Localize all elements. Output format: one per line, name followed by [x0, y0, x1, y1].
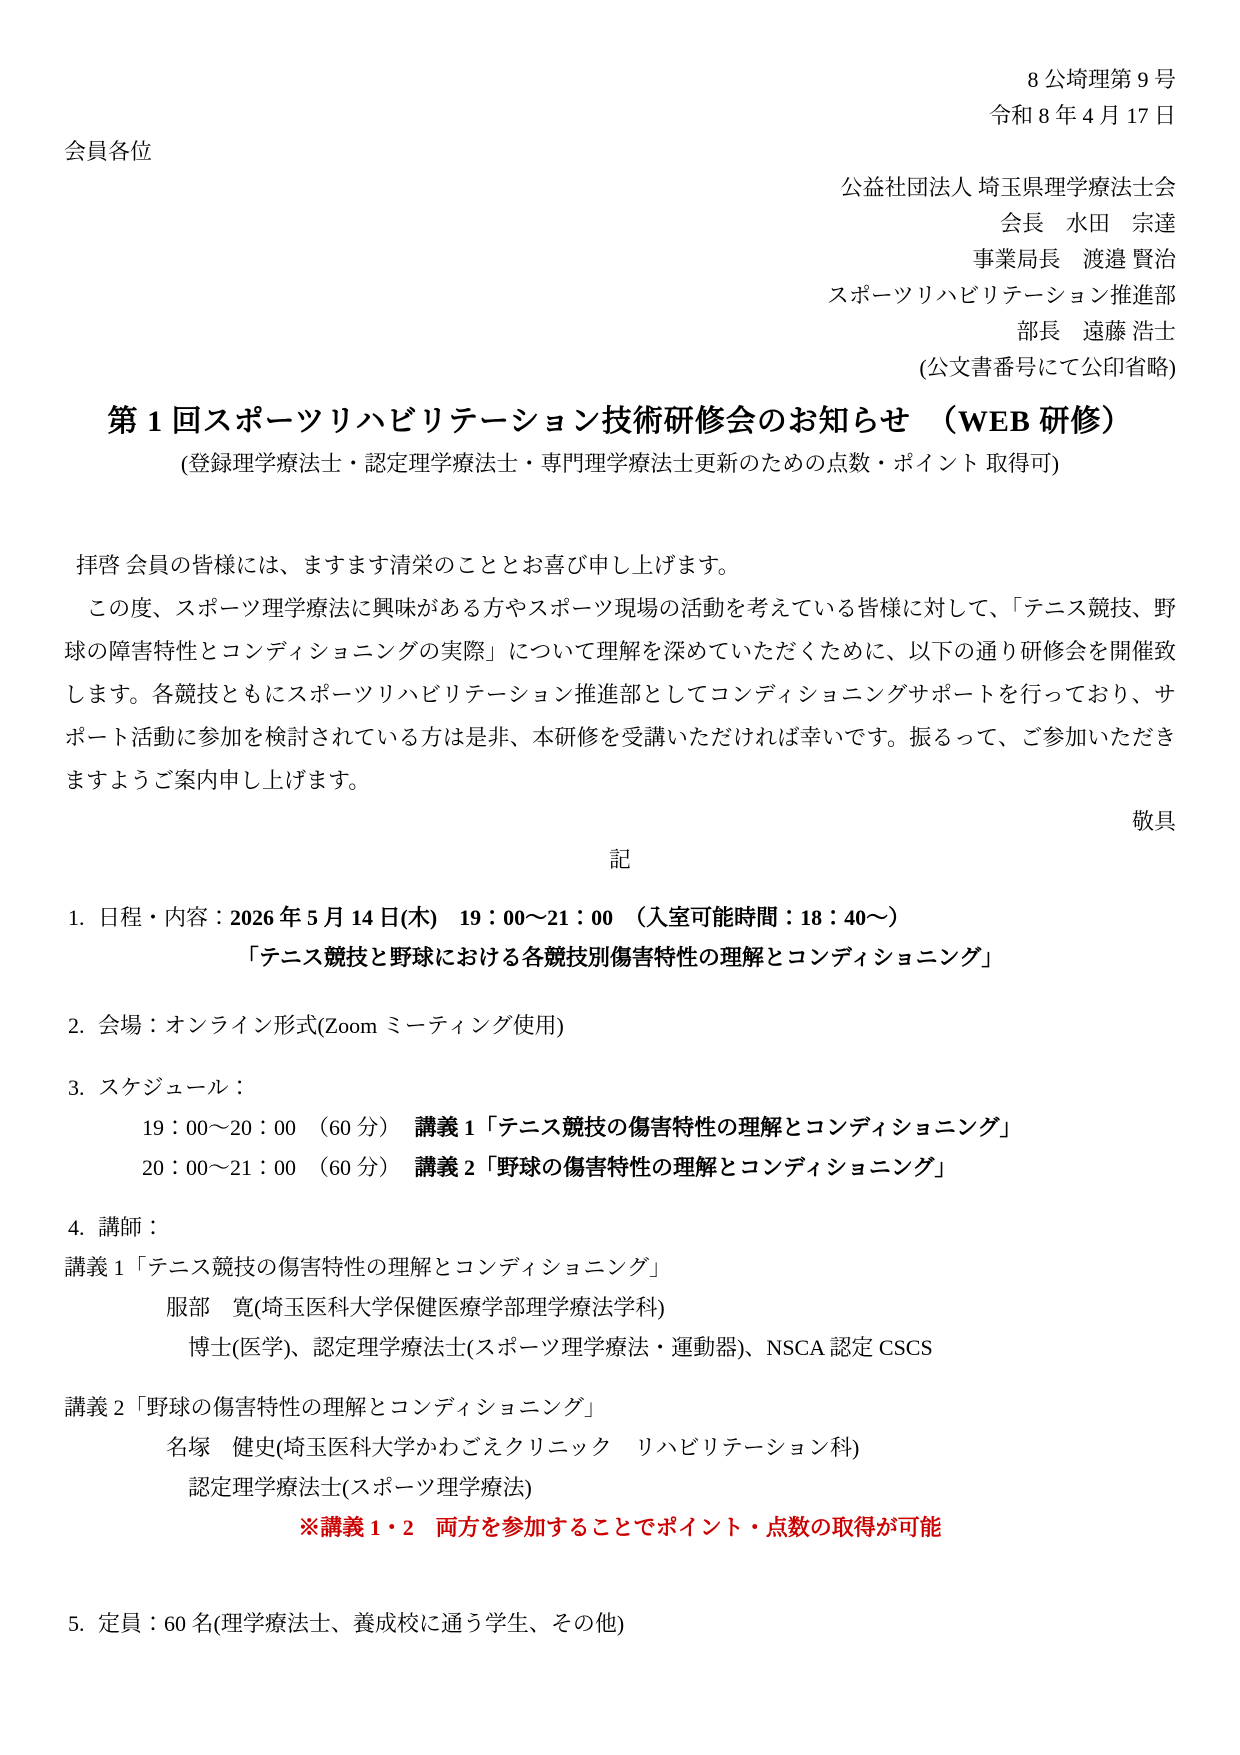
page-subtitle: (登録理学療法士・認定理学療法士・専門理学療法士更新のための点数・ポイント 取得… — [64, 444, 1176, 484]
sender-department: スポーツリハビリテーション推進部 — [64, 278, 1176, 314]
item-1-label: 日程・内容： — [98, 905, 230, 930]
sender-secretary-general: 事業局長 渡邉 賢治 — [64, 242, 1176, 278]
item-1-number: 1. — [64, 898, 98, 938]
sender-department-head: 部長 遠藤 浩士 — [64, 314, 1176, 350]
doc-number: 8 公埼理第 9 号 — [64, 62, 1176, 98]
schedule-row-1-time: 19：00～20：00 （60 分） — [142, 1115, 401, 1140]
document-page: 8 公埼理第 9 号 令和 8 年 4 月 17 日 会員各位 公益社団法人 埼… — [0, 0, 1240, 1755]
lecture-1-title: 講義 1「テニス競技の傷害特性の理解とコンディショニング」 — [64, 1248, 1176, 1288]
item-3-number: 3. — [64, 1068, 98, 1108]
points-note: ※講義 1・2 両方を参加することでポイント・点数の取得が可能 — [64, 1508, 1176, 1548]
item-5-capacity: 5. 定員：60 名(理学療法士、養成校に通う学生、その他) — [64, 1604, 1176, 1644]
seminar-theme: 「テニス競技と野球における各競技別傷害特性の理解とコンディショニング」 — [64, 938, 1176, 978]
item-2-label: 会場：オンライン形式(Zoom ミーティング使用) — [98, 1006, 1176, 1046]
lecture-1-qualifications: 博士(医学)、認定理学療法士(スポーツ理学療法・運動器)、NSCA 認定 CSC… — [64, 1328, 1176, 1368]
item-5-number: 5. — [64, 1604, 98, 1644]
item-4-lecturers: 4. 講師： — [64, 1208, 1176, 1248]
doc-date: 令和 8 年 4 月 17 日 — [64, 98, 1176, 134]
lecture-2-qualifications: 認定理学療法士(スポーツ理学療法) — [64, 1468, 1176, 1508]
lecture-2-block: 講義 2「野球の傷害特性の理解とコンディショニング」 名塚 健史(埼玉医科大学か… — [64, 1388, 1176, 1508]
item-2-venue: 2. 会場：オンライン形式(Zoom ミーティング使用) — [64, 1006, 1176, 1046]
sender-organization: 公益社団法人 埼玉県理学療法士会 — [64, 170, 1176, 206]
schedule-row-2-title: 講義 2「野球の傷害特性の理解とコンディショニング」 — [415, 1155, 957, 1180]
item-1-schedule-date: 1. 日程・内容：2026 年 5 月 14 日(木) 19：00～21：00 … — [64, 898, 1176, 938]
schedule-row-2-time: 20：00～21：00 （60 分） — [142, 1155, 401, 1180]
item-3-schedule: 3. スケジュール： — [64, 1068, 1176, 1108]
item-1-content: 日程・内容：2026 年 5 月 14 日(木) 19：00～21：00 （入室… — [98, 898, 1176, 938]
schedule-row-1-title: 講義 1「テニス競技の傷害特性の理解とコンディショニング」 — [415, 1115, 1022, 1140]
sender-president: 会長 水田 宗達 — [64, 206, 1176, 242]
item-4-number: 4. — [64, 1208, 98, 1248]
recipient: 会員各位 — [64, 134, 1176, 170]
item-5-label: 定員：60 名(理学療法士、養成校に通う学生、その他) — [98, 1604, 1176, 1644]
schedule-row: 19：00～20：00 （60 分）講義 1「テニス競技の傷害特性の理解とコンデ… — [64, 1108, 1176, 1148]
body-paragraph: この度、スポーツ理学療法に興味がある方やスポーツ現場の活動を考えている皆様に対し… — [64, 587, 1176, 802]
greeting-line: 拝啓 会員の皆様には、ますます清栄のこととお喜び申し上げます。 — [64, 544, 1176, 587]
schedule-row: 20：00～21：00 （60 分）講義 2「野球の傷害特性の理解とコンディショ… — [64, 1148, 1176, 1188]
closing-keigu: 敬具 — [64, 802, 1176, 842]
letter-body: 拝啓 会員の皆様には、ますます清栄のこととお喜び申し上げます。 この度、スポーツ… — [64, 544, 1176, 802]
seal-note: (公文書番号にて公印省略) — [64, 350, 1176, 386]
lecture-1-name: 服部 寛(埼玉医科大学保健医療学部理学療法学科) — [64, 1288, 1176, 1328]
item-4-label: 講師： — [98, 1208, 1176, 1248]
lecture-2-name: 名塚 健史(埼玉医科大学かわごえクリニック リハビリテーション科) — [64, 1428, 1176, 1468]
page-title: 第 1 回スポーツリハビリテーション技術研修会のお知らせ （WEB 研修） — [64, 400, 1176, 444]
record-mark: 記 — [64, 842, 1176, 878]
item-1-value: 2026 年 5 月 14 日(木) 19：00～21：00 （入室可能時間：1… — [230, 905, 910, 930]
lecture-2-title: 講義 2「野球の傷害特性の理解とコンディショニング」 — [64, 1388, 1176, 1428]
item-2-number: 2. — [64, 1006, 98, 1046]
item-3-label: スケジュール： — [98, 1068, 1176, 1108]
lecture-1-block: 講義 1「テニス競技の傷害特性の理解とコンディショニング」 服部 寛(埼玉医科大… — [64, 1248, 1176, 1368]
